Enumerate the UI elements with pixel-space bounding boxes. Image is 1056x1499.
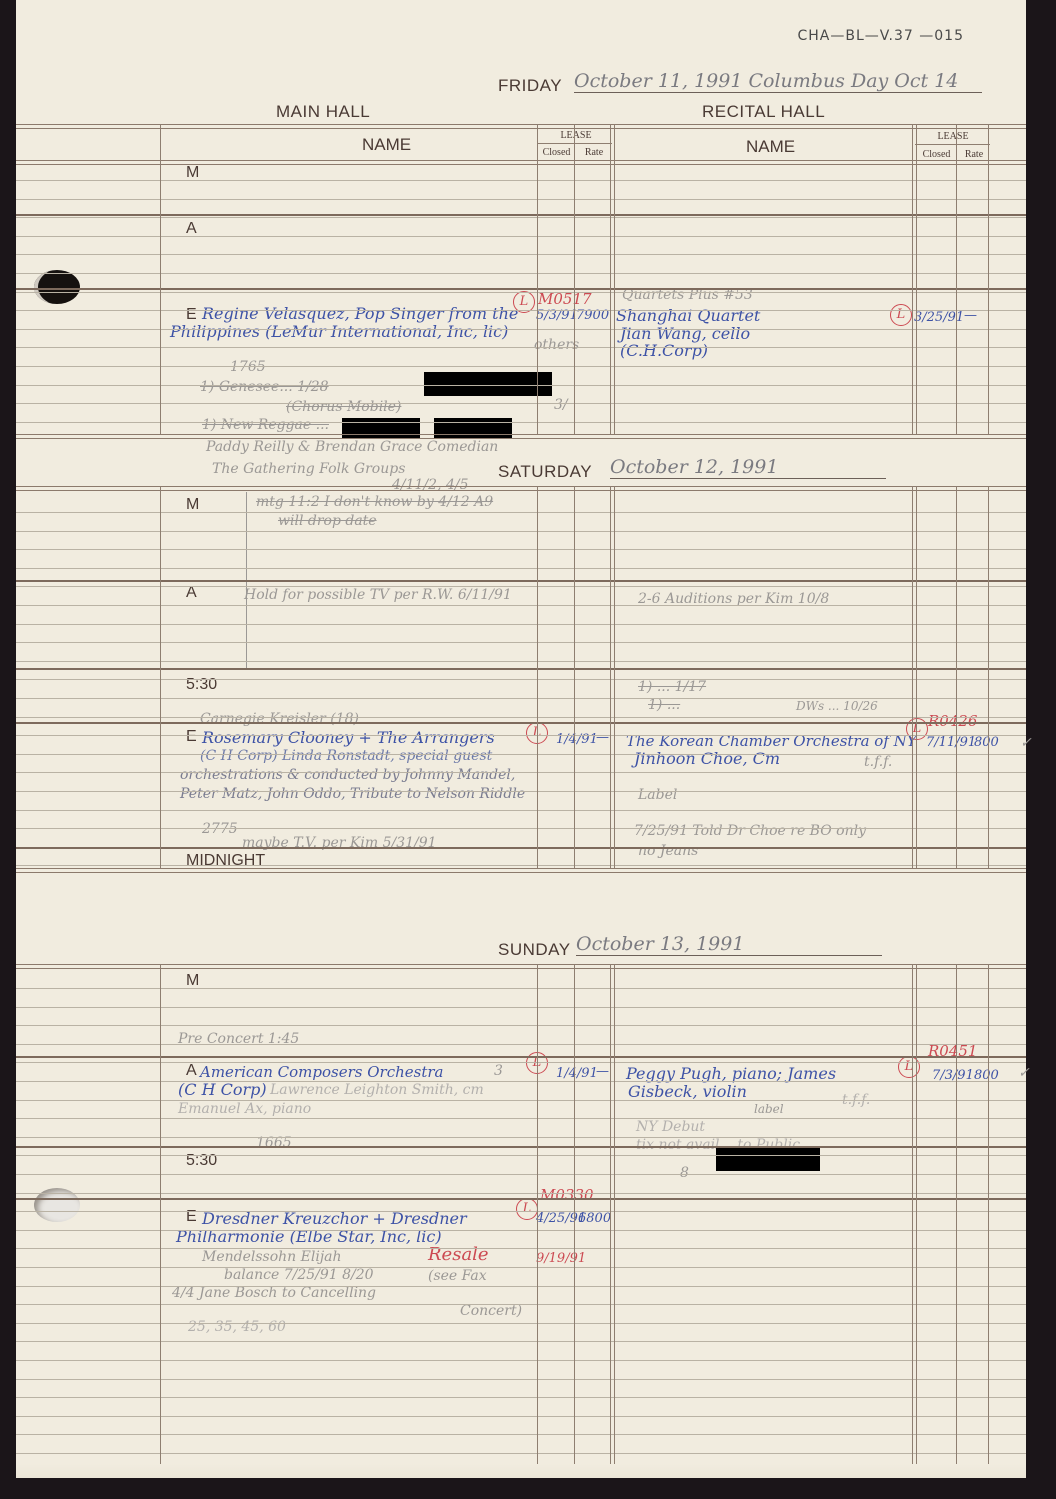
rate-saturday-main-e: —	[596, 729, 609, 747]
note-sunday-recital-a-0: label	[754, 1100, 784, 1118]
note-friday-main-e-2: 1) Genesee... 1/28	[200, 378, 329, 396]
main-closed-header: Closed	[538, 147, 575, 158]
note-saturday-recital-e-1: Label	[638, 786, 677, 804]
note-sunday-main-e-2: (see Fax	[428, 1267, 487, 1285]
day-label-friday: FRIDAY	[498, 76, 562, 96]
event-name-friday-main-e-2: Philippines (LeMur International, Inc, l…	[170, 323, 508, 341]
pre-note-saturday-main-e: Carnegie Kreisler (18)	[200, 710, 359, 728]
redaction	[424, 372, 552, 396]
recital-name-header: NAME	[746, 137, 795, 157]
main-name-header: NAME	[362, 135, 411, 155]
recital-closed-header: Closed	[915, 149, 958, 160]
event-name-sunday-main-a-2: (C H Corp)	[178, 1081, 267, 1099]
note-sunday-main-a-1: Emanuel Ax, piano	[178, 1100, 311, 1118]
event-name-saturday-main-e-3: orchestrations & conducted by Johnny Man…	[180, 766, 515, 784]
rate-saturday-recital-e: 800	[974, 734, 999, 752]
lease-no-sunday-main-e: M0330	[540, 1186, 594, 1204]
punch-hole-top	[34, 270, 80, 304]
note-friday-main-e-1: 1765	[230, 358, 266, 376]
main-hall-label: MAIN HALL	[276, 102, 370, 122]
rate-sunday-recital-a: 800	[974, 1067, 999, 1085]
rate-sunday-main-e: 6800	[578, 1210, 611, 1228]
note-sunday-main-e-5: 25, 35, 45, 60	[188, 1318, 286, 1336]
note-sunday-main-e-0: Mendelssohn Elijah	[202, 1248, 342, 1266]
closed-saturday-main-e: 1/4/91	[556, 731, 598, 749]
resale-date: 9/19/91	[536, 1250, 586, 1268]
note-saturday-main-m-2: 4/11/2, 4/5	[392, 476, 469, 494]
note-sunday-main-a-0: Lawrence Leighton Smith, cm	[270, 1081, 484, 1099]
number-sunday-main-a: 3	[494, 1062, 503, 1080]
recital-lease-header: LEASE	[916, 131, 990, 142]
slot-e-saturday: E	[186, 728, 197, 746]
check-saturday-recital-e: ✓	[1020, 734, 1032, 752]
day-label-sunday: SUNDAY	[498, 940, 571, 960]
event-name-sunday-main-e-1: Dresdner Kreuzchor + Dresdner	[202, 1210, 467, 1228]
note-saturday-recital-530-2: DWs ... 10/26	[796, 697, 878, 715]
event-name-saturday-main-e-4: Peter Matz, John Oddo, Tribute to Nelson…	[180, 785, 525, 803]
event-name-sunday-recital-a-2: Gisbeck, violin	[628, 1083, 747, 1101]
note-saturday-recital-e-3: no Jeans	[638, 842, 698, 860]
header-top-rule	[16, 124, 1026, 129]
note-friday-main-e-3: (Chorus Mobile)	[286, 398, 401, 416]
note-saturday-main-m-1: will drop date	[278, 512, 377, 530]
header-bottom-rule	[16, 160, 1026, 165]
recital-hall-label: RECITAL HALL	[702, 102, 825, 122]
redaction	[716, 1147, 820, 1171]
note-friday-main-e-6: The Gathering Folk Groups	[212, 460, 405, 478]
check-sunday-recital-a: ✓	[1018, 1064, 1030, 1082]
event-name-saturday-main-e-1: Rosemary Clooney + The Arrangers	[202, 729, 495, 747]
booking-ledger-page: CHA—BL—V.37 —015 FRIDAY October 11, 1991…	[16, 0, 1026, 1478]
note-saturday-main-a-0: Hold for possible TV per R.W. 6/11/91	[244, 586, 512, 604]
date-saturday: October 12, 1991	[610, 456, 886, 479]
catalog-id: CHA—BL—V.37 —015	[798, 28, 965, 44]
note-saturday-main-e-1: maybe T.V. per Kim 5/31/91	[242, 834, 437, 852]
note-saturday-main-m-0: mtg 11:2 I don't know by 4/12 A9	[256, 493, 493, 511]
note-sunday-recital-a-1: NY Debut	[636, 1118, 705, 1136]
event-name-saturday-recital-e-2: Jinhoon Choe, Cm	[634, 750, 780, 768]
note-sunday-main-m-0: Pre Concert 1:45	[178, 1030, 299, 1048]
day-label-saturday: SATURDAY	[498, 462, 592, 482]
main-rate-header: Rate	[576, 147, 612, 158]
event-name-friday-main-e-1: Regine Velasquez, Pop Singer from the	[202, 305, 518, 323]
event-name-saturday-main-e-2: (C H Corp) Linda Ronstadt, special guest	[200, 747, 492, 765]
note-saturday-main-e-0: 2775	[202, 820, 238, 838]
date-friday: October 11, 1991 Columbus Day Oct 14	[574, 70, 982, 93]
note-friday-main-e-0: others	[534, 336, 579, 354]
closed-saturday-recital-e: 7/11/91	[926, 734, 976, 752]
main-lease-header: LEASE	[540, 130, 612, 141]
lease-mark-sunday-main-e: L	[516, 1198, 538, 1220]
closed-sunday-recital-a: 7/3/91	[932, 1067, 974, 1085]
event-name-sunday-main-a-1: American Composers Orchestra	[200, 1063, 444, 1081]
note-friday-main-e-4: 1) New Reggae ...	[202, 416, 329, 434]
slot-a-sunday: A	[186, 1062, 197, 1080]
note-saturday-recital-e-0: t.f.f.	[864, 753, 892, 771]
note-friday-main-e-7: 3/	[554, 396, 568, 414]
event-name-friday-recital-e-3: (C.H.Corp)	[620, 342, 708, 360]
lease-no-saturday-recital-e: R0426	[928, 712, 977, 730]
note-friday-main-e-5: Paddy Reilly & Brendan Grace Comedian	[206, 438, 498, 456]
rate-sunday-main-a: —	[596, 1063, 609, 1081]
note-saturday-recital-530-0: 1) ... 1/17	[638, 678, 706, 696]
date-sunday: October 13, 1991	[576, 933, 882, 956]
note-saturday-recital-e-2: 7/25/91 Told Dr Choe re BO only	[634, 822, 866, 840]
recital-rate-header: Rate	[958, 149, 990, 160]
lease-mark-friday-recital-e: L	[890, 304, 912, 326]
note-sunday-main-e-1: balance 7/25/91 8/20	[224, 1266, 374, 1284]
note-sunday-recital-a-3: 8	[680, 1164, 689, 1182]
